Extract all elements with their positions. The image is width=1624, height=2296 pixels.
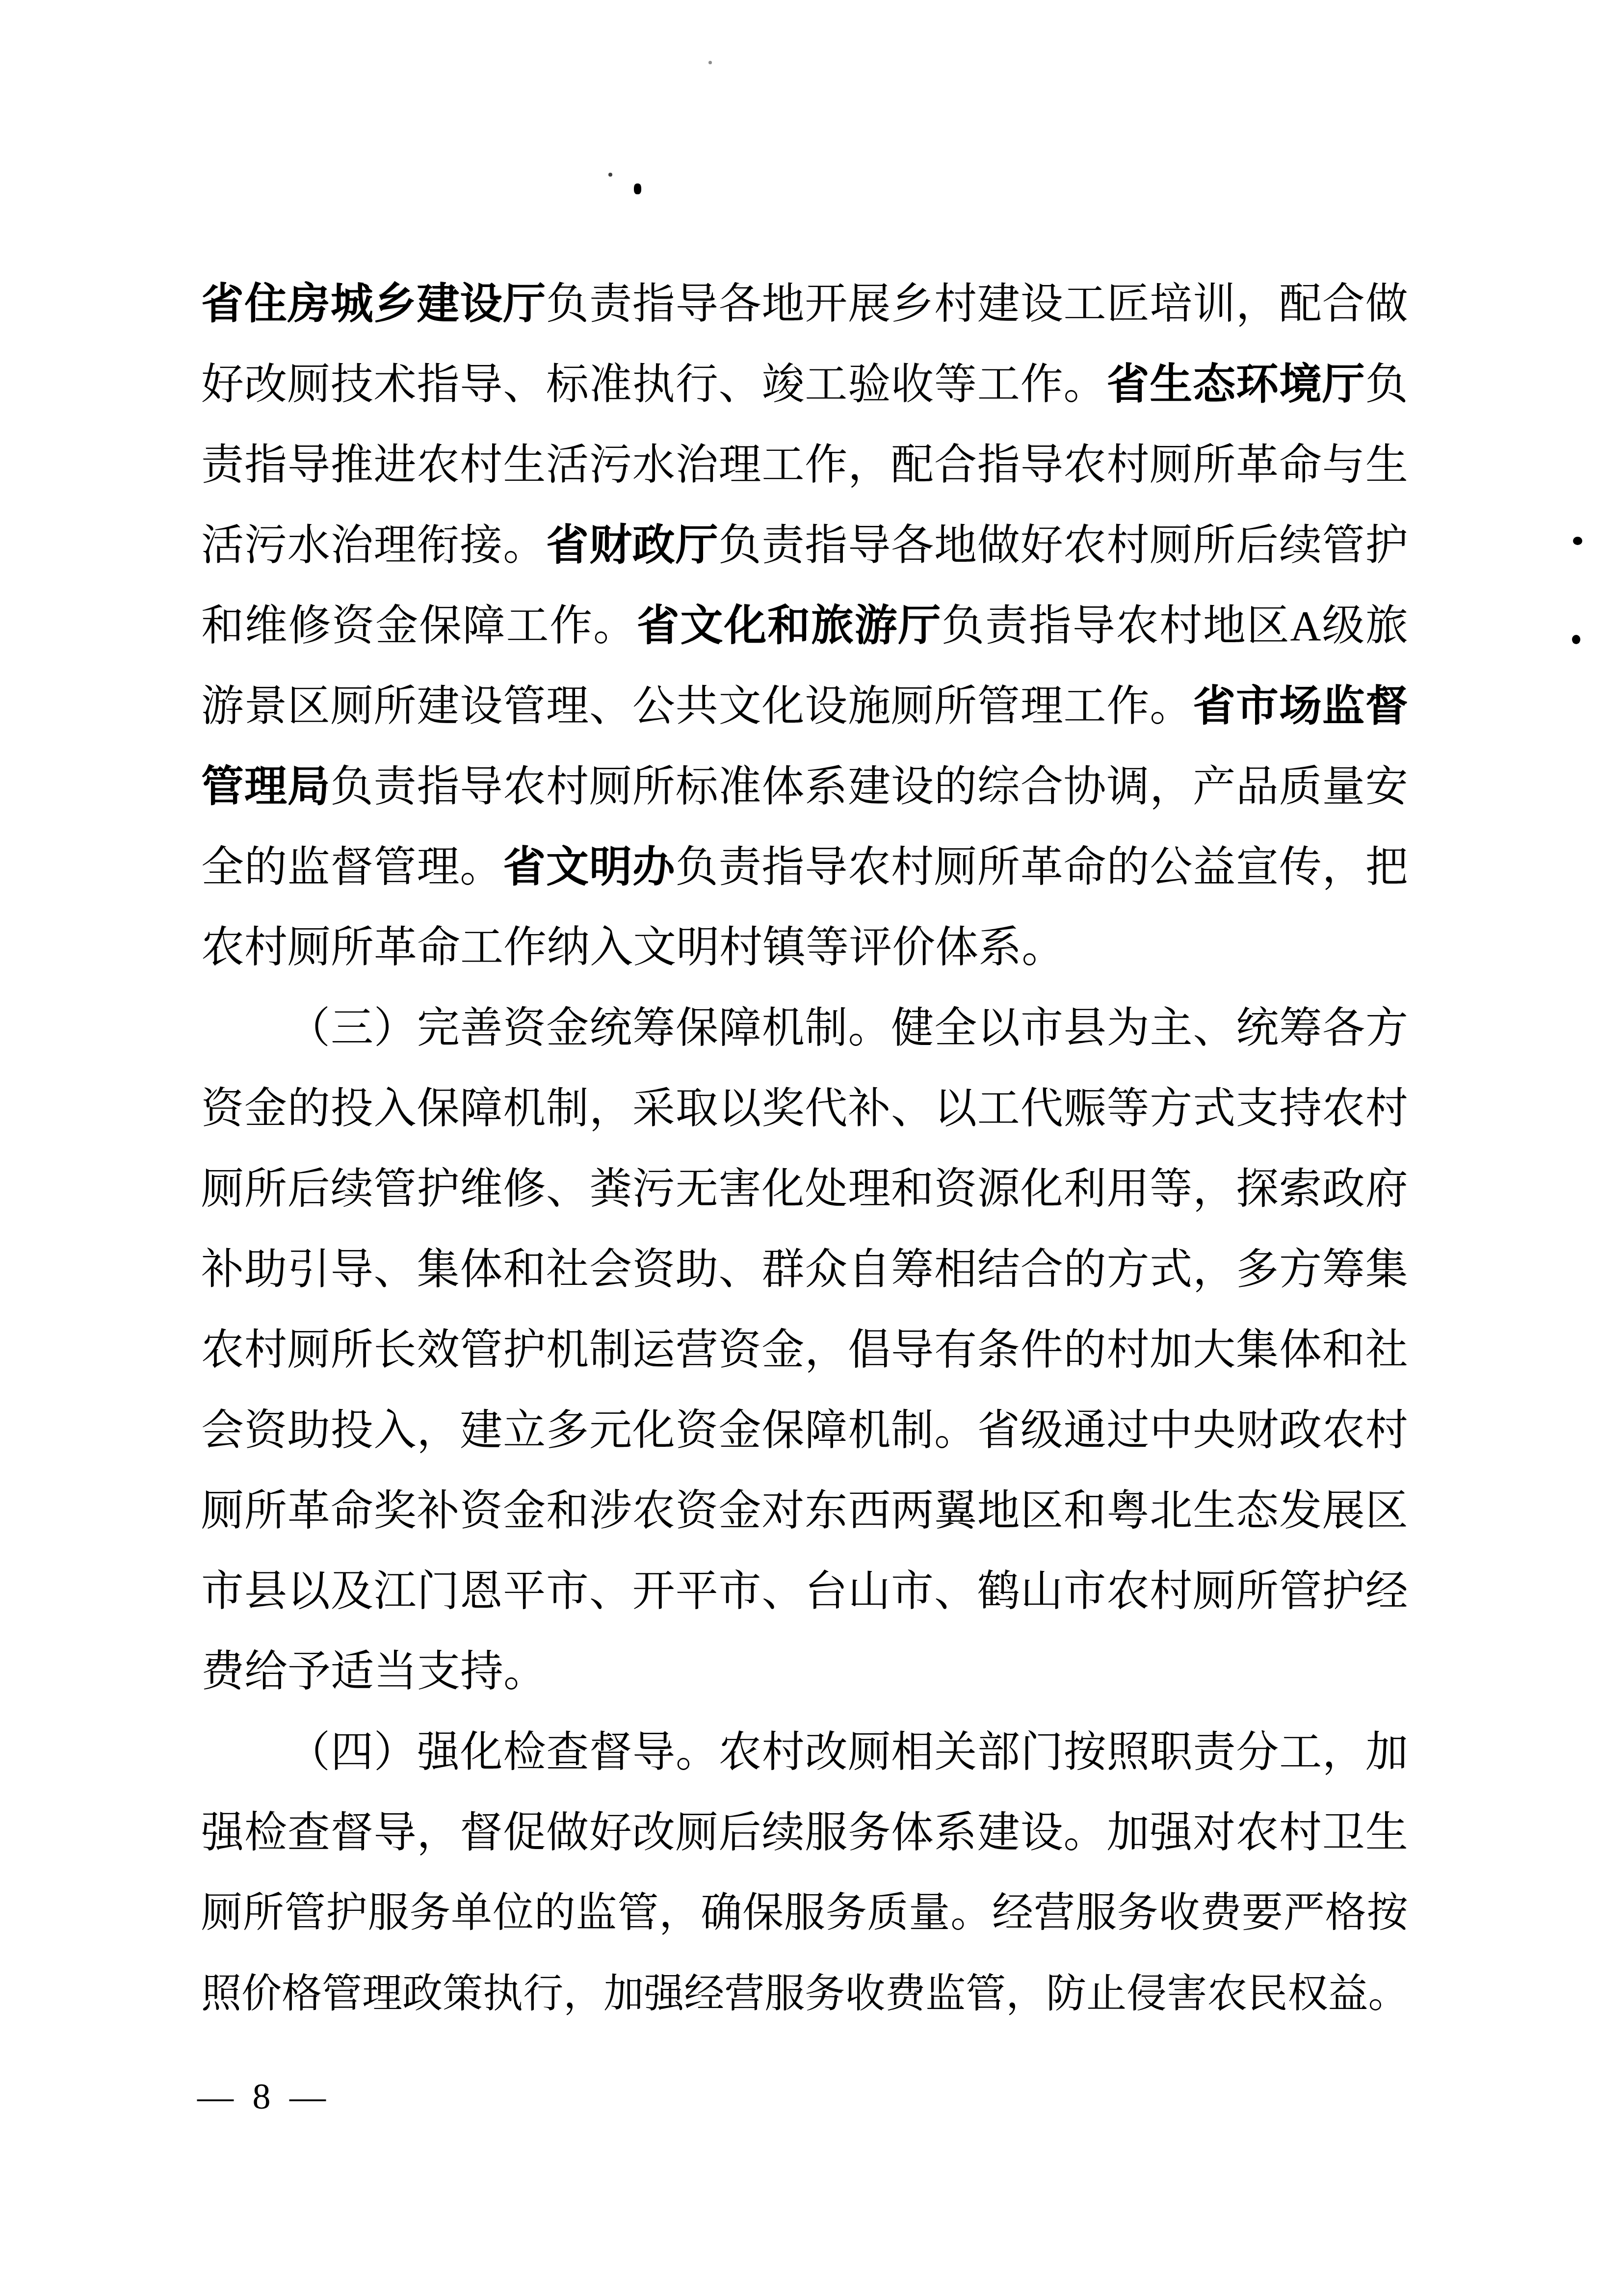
body-char: 。 — [503, 1648, 547, 1696]
bold-char: 境 — [1279, 344, 1322, 425]
bold-char: 乡 — [374, 264, 417, 344]
body-char: 景 — [244, 666, 287, 747]
body-char: 安 — [1365, 747, 1408, 827]
body-char: ， — [589, 1069, 632, 1149]
body-char: 工 — [1064, 666, 1106, 747]
body-char: 当 — [374, 1648, 417, 1696]
body-char: 展 — [848, 264, 891, 344]
body-char: 负 — [1365, 344, 1408, 425]
body-char: 等 — [806, 924, 849, 971]
body-char: 作 — [550, 586, 592, 666]
body-char: 收 — [891, 344, 934, 425]
body-char: 命 — [1279, 425, 1322, 505]
body-char: 负 — [942, 586, 984, 666]
body-char: 协 — [1064, 747, 1106, 827]
body-char: 收 — [1158, 1873, 1200, 1954]
body-char: 。 — [848, 988, 891, 1069]
body-char: 方 — [1150, 1069, 1192, 1149]
body-char: 旅 — [1365, 586, 1408, 666]
body-char: 农 — [719, 1712, 761, 1793]
body-char: 的 — [934, 747, 977, 827]
body-char: 污 — [589, 425, 632, 505]
body-char: 各 — [1322, 988, 1365, 1069]
body-char: 自 — [848, 1229, 891, 1310]
body-char: 及 — [331, 1551, 373, 1632]
bold-char: 明 — [589, 827, 632, 908]
body-char: 指 — [977, 425, 1020, 505]
body-char: 公 — [1150, 827, 1192, 908]
body-char: 格 — [282, 1954, 322, 2034]
text-line-2: 好改厕技术指导、标准执行、竣工验收等工作。省生态环境厅负 — [201, 344, 1408, 425]
body-char: 管 — [460, 1310, 502, 1390]
body-char: 农 — [1064, 425, 1106, 505]
body-char: 。 — [1064, 1793, 1106, 1873]
body-char: 革 — [1021, 827, 1063, 908]
body-char: 建 — [460, 1390, 502, 1471]
body-char: 建 — [977, 264, 1020, 344]
body-char: 村 — [891, 827, 934, 908]
bold-char: 督 — [1365, 666, 1408, 747]
body-char: 厕 — [1193, 1551, 1235, 1632]
body-char: 检 — [244, 1793, 287, 1873]
body-char: 。 — [950, 1873, 992, 1954]
body-char: 展 — [1322, 1471, 1365, 1551]
body-char: 方 — [1365, 988, 1408, 1069]
text-line-17: 市县以及江门恩平市、开平市、台山市、鹤山市农村厕所管护经 — [201, 1551, 1408, 1632]
body-char: 合 — [934, 425, 977, 505]
body-char: 门 — [417, 1551, 459, 1632]
body-char: 障 — [463, 586, 505, 666]
body-char: 工 — [460, 924, 503, 971]
body-char: 厕 — [848, 1712, 891, 1793]
body-char: 导 — [331, 1229, 373, 1310]
body-char: 培 — [1150, 264, 1192, 344]
body-char: 做 — [1365, 264, 1408, 344]
body-char: 鹤 — [977, 1551, 1020, 1632]
body-char: 翼 — [934, 1471, 977, 1551]
body-char: 督 — [331, 1793, 373, 1873]
page-number: — 8 — — [197, 2076, 331, 2117]
bold-char: 设 — [460, 264, 502, 344]
body-char: 防 — [1046, 1954, 1086, 2034]
body-char: 纳 — [547, 924, 590, 971]
body-char: 。 — [460, 827, 502, 908]
bold-char: 态 — [1193, 344, 1235, 425]
body-char: 体 — [460, 1229, 502, 1310]
body-char: 评 — [849, 924, 892, 971]
body-char: 系 — [978, 924, 1022, 971]
body-char: 和 — [546, 1471, 589, 1551]
scan-speck — [608, 173, 612, 177]
body-char: 、 — [719, 1229, 761, 1310]
body-char: 指 — [1029, 586, 1072, 666]
body-char: 各 — [891, 505, 934, 586]
bold-char: 生 — [1150, 344, 1192, 425]
body-char: 督 — [589, 1712, 632, 1793]
body-char: 投 — [331, 1069, 373, 1149]
body-char: 以 — [934, 1069, 977, 1149]
body-char: 负 — [331, 747, 373, 827]
body-char: 设 — [1021, 1793, 1063, 1873]
body-char: 管 — [374, 827, 417, 908]
body-char: 。 — [593, 586, 636, 666]
bold-char: 文 — [681, 586, 723, 666]
body-char: 村 — [1159, 586, 1202, 666]
body-char: 导 — [676, 264, 718, 344]
body-char: 入 — [374, 1390, 417, 1471]
body-char: 文 — [719, 666, 761, 747]
body-char: 资 — [632, 1229, 675, 1310]
bold-char: 住 — [244, 264, 287, 344]
body-char: 农 — [1322, 1069, 1365, 1149]
body-char: 好 — [589, 1793, 632, 1873]
body-char: 生 — [503, 425, 546, 505]
body-char: 准 — [589, 344, 632, 425]
text-line-22: 照价格管理政策执行，加强经营服务收费监管，防止侵害农民权益。 — [201, 1954, 1408, 2034]
body-char: 北 — [1150, 1471, 1192, 1551]
body-char: 和 — [201, 586, 244, 666]
body-char: 所 — [1193, 425, 1235, 505]
body-char: 恩 — [460, 1551, 502, 1632]
body-char: 游 — [201, 666, 244, 747]
body-char: 政 — [1322, 1149, 1365, 1229]
body-char: 政 — [402, 1954, 443, 2034]
body-char: 污 — [632, 1149, 675, 1229]
bold-char: 监 — [1322, 666, 1365, 747]
bold-char: 省 — [1193, 666, 1235, 747]
body-char: 生 — [1193, 1471, 1235, 1551]
body-char: 保 — [417, 1069, 459, 1149]
body-char: 技 — [331, 344, 373, 425]
body-char: 理 — [719, 425, 761, 505]
body-char: 改 — [632, 1793, 675, 1873]
bold-char: 化 — [724, 586, 766, 666]
body-char: 、 — [589, 666, 632, 747]
body-char: ） — [374, 1712, 417, 1793]
body-char: 村 — [1106, 505, 1149, 586]
body-char: 民 — [1247, 1954, 1287, 2034]
body-char: 营 — [676, 1310, 718, 1390]
body-char: 引 — [288, 1229, 330, 1310]
body-char: 训 — [1193, 264, 1235, 344]
body-char: 导 — [848, 505, 891, 586]
body-char: ， — [563, 1954, 603, 2034]
body-char: 源 — [977, 1149, 1020, 1229]
body-char: 所 — [331, 924, 374, 971]
bold-char: 局 — [288, 747, 330, 827]
body-char: 村 — [460, 425, 502, 505]
body-char: 央 — [1193, 1390, 1235, 1471]
body-char: 以 — [288, 1551, 330, 1632]
body-char: 健 — [891, 988, 934, 1069]
body-char: 工 — [761, 425, 804, 505]
body-char: 负 — [546, 264, 589, 344]
body-char: 级 — [1021, 1390, 1063, 1471]
body-char: 资 — [332, 586, 374, 666]
body-char: 障 — [460, 1069, 502, 1149]
body-char: 金 — [719, 1390, 761, 1471]
body-char: 调 — [1106, 747, 1149, 827]
body-char: 、 — [374, 1229, 417, 1310]
body-char: 所 — [977, 827, 1020, 908]
body-char: 护 — [1365, 505, 1408, 586]
body-char: 按 — [1064, 1712, 1106, 1793]
body-char: 指 — [417, 747, 459, 827]
body-char: 厕 — [288, 924, 331, 971]
body-char: 竣 — [761, 344, 804, 425]
body-char: 查 — [288, 1793, 330, 1873]
body-char: 筹 — [891, 1229, 934, 1310]
body-char: 厕 — [891, 666, 934, 747]
body-char: 完 — [417, 988, 460, 1069]
body-char: 厕 — [288, 344, 330, 425]
body-char: 指 — [417, 344, 459, 425]
body-char: 制 — [891, 1390, 934, 1471]
body-char: 后 — [288, 1149, 330, 1229]
bold-char: 厅 — [898, 586, 941, 666]
body-char: 村 — [1150, 1551, 1192, 1632]
body-char: 理 — [417, 827, 459, 908]
body-char: 服 — [1075, 1873, 1117, 1954]
body-char: 害 — [719, 1149, 761, 1229]
body-char: 营 — [724, 1954, 764, 2034]
body-char: 乡 — [891, 264, 934, 344]
body-char: 管 — [285, 1873, 326, 1954]
body-char: 所 — [1236, 1551, 1279, 1632]
body-char: 过 — [1106, 1390, 1149, 1471]
body-char: ， — [1193, 1149, 1235, 1229]
body-char: 执 — [632, 344, 675, 425]
body-char: 改 — [805, 1712, 848, 1793]
bold-char: 文 — [546, 827, 589, 908]
body-char: 所 — [243, 1873, 284, 1954]
body-char: 粤 — [1106, 1471, 1149, 1551]
body-char: 农 — [1236, 1793, 1279, 1873]
body-char: 众 — [805, 1229, 847, 1310]
body-char: 管 — [322, 1954, 362, 2034]
body-char: 方 — [1106, 1229, 1149, 1310]
body-char: 服 — [784, 1873, 825, 1954]
text-line-18: 费给予适当支持。 — [201, 1632, 1408, 1712]
bold-char: 省 — [546, 505, 589, 586]
body-char: 补 — [417, 1471, 459, 1551]
body-char: 验 — [848, 344, 891, 425]
body-char: 共 — [676, 666, 718, 747]
body-char: 合 — [1021, 1229, 1063, 1310]
body-char: 行 — [523, 1954, 563, 2034]
text-line-14: 农村厕所长效管护机制运营资金，倡导有条件的村加大集体和社 — [201, 1310, 1408, 1390]
body-char: 山 — [848, 1551, 891, 1632]
body-char: 加 — [1365, 1712, 1408, 1793]
body-char: 农 — [632, 1471, 675, 1551]
body-char: 有 — [934, 1310, 977, 1390]
body-char: 务 — [1117, 1873, 1158, 1954]
body-char: 管 — [617, 1873, 658, 1954]
body-char: 服 — [764, 1954, 805, 2034]
body-char: 保 — [676, 988, 718, 1069]
body-char: 作 — [1021, 344, 1063, 425]
body-char: 费 — [885, 1954, 925, 2034]
body-char: 强 — [1150, 1793, 1192, 1873]
body-char: 护 — [1322, 1551, 1365, 1632]
body-char: 管 — [1279, 1551, 1322, 1632]
body-char: 财 — [1236, 1390, 1279, 1471]
body-char: 单 — [451, 1873, 492, 1954]
body-char: 所 — [331, 1310, 373, 1390]
body-char: 筹 — [1322, 1229, 1365, 1310]
body-char: 持 — [1279, 1069, 1322, 1149]
scan-speck — [1572, 635, 1580, 644]
body-char: 部 — [977, 1712, 1020, 1793]
body-char: 文 — [633, 924, 676, 971]
body-char: 补 — [201, 1229, 244, 1310]
body-char: 价 — [892, 924, 935, 971]
body-char: A — [1290, 586, 1321, 666]
body-char: 机 — [546, 1310, 589, 1390]
body-char: 农 — [417, 425, 459, 505]
body-char: 制 — [805, 988, 848, 1069]
body-char: 保 — [419, 586, 462, 666]
body-char: 江 — [374, 1551, 417, 1632]
body-char: 制 — [546, 1069, 589, 1149]
body-char: 护 — [503, 1310, 546, 1390]
text-line-3: 责指导推进农村生活污水治理工作，配合指导农村厕所革命与生 — [201, 425, 1408, 505]
body-char: 指 — [632, 264, 675, 344]
body-char: ， — [1236, 264, 1279, 344]
body-char: 理 — [374, 505, 417, 586]
body-char: 指 — [761, 827, 804, 908]
body-char: 入 — [590, 924, 633, 971]
body-char: 区 — [288, 666, 330, 747]
body-char: ， — [1150, 747, 1192, 827]
body-char: 导 — [374, 1793, 417, 1873]
body-char: 地 — [934, 505, 977, 586]
body-char: 两 — [891, 1471, 934, 1551]
body-char: 设 — [460, 666, 502, 747]
body-char: 合 — [1322, 264, 1365, 344]
body-char: 监 — [925, 1954, 966, 2034]
bold-char: 管 — [201, 747, 244, 827]
body-char: 索 — [1279, 1149, 1322, 1229]
body-char: 农 — [848, 827, 891, 908]
body-char: 地 — [1203, 586, 1246, 666]
text-line-9: 农村厕所革命工作纳入文明村镇等评价体系。 — [201, 908, 1408, 988]
body-char: 区 — [1021, 1471, 1063, 1551]
body-char: 和 — [891, 1149, 934, 1229]
body-char: 位 — [493, 1873, 534, 1954]
body-char: 配 — [1279, 264, 1322, 344]
body-char: 化 — [460, 1712, 503, 1793]
body-char: 水 — [288, 505, 330, 586]
body-char: 责 — [201, 425, 244, 505]
body-char: 查 — [546, 1712, 589, 1793]
body-char: 通 — [1064, 1390, 1106, 1471]
body-char: 检 — [503, 1712, 546, 1793]
bold-char: 厅 — [503, 264, 546, 344]
body-char: 助 — [288, 1390, 330, 1471]
body-char: 责 — [761, 505, 804, 586]
body-char: 监 — [288, 827, 330, 908]
body-char: 市 — [1021, 988, 1063, 1069]
body-char: 配 — [891, 425, 934, 505]
body-char: 市 — [891, 1551, 934, 1632]
body-char: 持 — [460, 1648, 503, 1696]
body-char: 宣 — [1236, 827, 1279, 908]
body-char: 促 — [503, 1793, 546, 1873]
scan-speck — [1573, 537, 1582, 545]
body-char: 准 — [719, 747, 761, 827]
body-char: 导 — [632, 1712, 675, 1793]
body-char: 、 — [546, 1149, 589, 1229]
body-char: 厕 — [1150, 505, 1192, 586]
text-line-7: 管理局负责指导农村厕所标准体系建设的综合协调，产品质量安 — [201, 747, 1408, 827]
bold-char: 厅 — [1322, 344, 1365, 425]
body-char: 匠 — [1106, 264, 1149, 344]
body-char: 为 — [1107, 988, 1150, 1069]
body-char: 对 — [1193, 1793, 1235, 1873]
body-char: 导 — [805, 827, 847, 908]
bold-char: 环 — [1236, 344, 1279, 425]
body-char: 奖 — [761, 1069, 804, 1149]
body-char: 机 — [762, 988, 805, 1069]
body-char: 厕 — [288, 1310, 330, 1390]
body-char: 维 — [460, 1149, 502, 1229]
body-char: 好 — [1021, 505, 1063, 586]
body-char: 入 — [374, 1069, 417, 1149]
body-char: 资 — [201, 1069, 244, 1149]
bold-char: 财 — [589, 505, 632, 586]
body-char: 资 — [460, 1471, 502, 1551]
body-char: 管 — [1322, 505, 1365, 586]
bold-char: 省 — [1106, 344, 1149, 425]
body-char: 。 — [503, 505, 546, 586]
body-char: 害 — [1167, 1954, 1207, 2034]
body-char: 对 — [761, 1471, 804, 1551]
body-char: 执 — [483, 1954, 523, 2034]
text-line-21: 厕所管护服务单位的监管，确保服务质量。经营服务收费要严格按 — [201, 1873, 1408, 1954]
scan-speck — [634, 183, 641, 194]
text-line-5: 和维修资金保障工作。省文化和旅游厅负责指导农村地区A级旅 — [201, 586, 1408, 666]
body-char: 强 — [644, 1954, 684, 2034]
body-char: 的 — [1064, 1310, 1106, 1390]
body-char: 责 — [1193, 1712, 1235, 1793]
body-char: 资 — [719, 1310, 761, 1390]
body-char: 务 — [826, 1873, 867, 1954]
body-char: 支 — [417, 1648, 460, 1696]
body-char: 革 — [288, 1471, 330, 1551]
body-char: 。 — [676, 1712, 718, 1793]
body-char: 职 — [1150, 1712, 1193, 1793]
body-char: 平 — [503, 1551, 546, 1632]
body-char: 以 — [719, 1069, 761, 1149]
body-char: 的 — [1064, 1229, 1106, 1310]
body-char: 取 — [676, 1069, 718, 1149]
body-char: 导 — [288, 425, 330, 505]
body-char: 。 — [1150, 666, 1192, 747]
text-line-16: 厕所革命奖补资金和涉农资金对东西两翼地区和粤北生态发展区 — [201, 1471, 1408, 1551]
body-char: 长 — [374, 1310, 417, 1390]
bold-char: 城 — [331, 264, 373, 344]
body-char: 集 — [417, 1229, 459, 1310]
body-char: 护 — [326, 1873, 367, 1954]
body-char: 金 — [546, 988, 589, 1069]
body-char: 量 — [909, 1873, 950, 1954]
body-char: 厕 — [201, 1471, 244, 1551]
body-char: 金 — [244, 1069, 287, 1149]
body-char: 务 — [848, 1793, 891, 1873]
body-char: 所 — [1193, 505, 1235, 586]
body-char: 所 — [632, 747, 675, 827]
